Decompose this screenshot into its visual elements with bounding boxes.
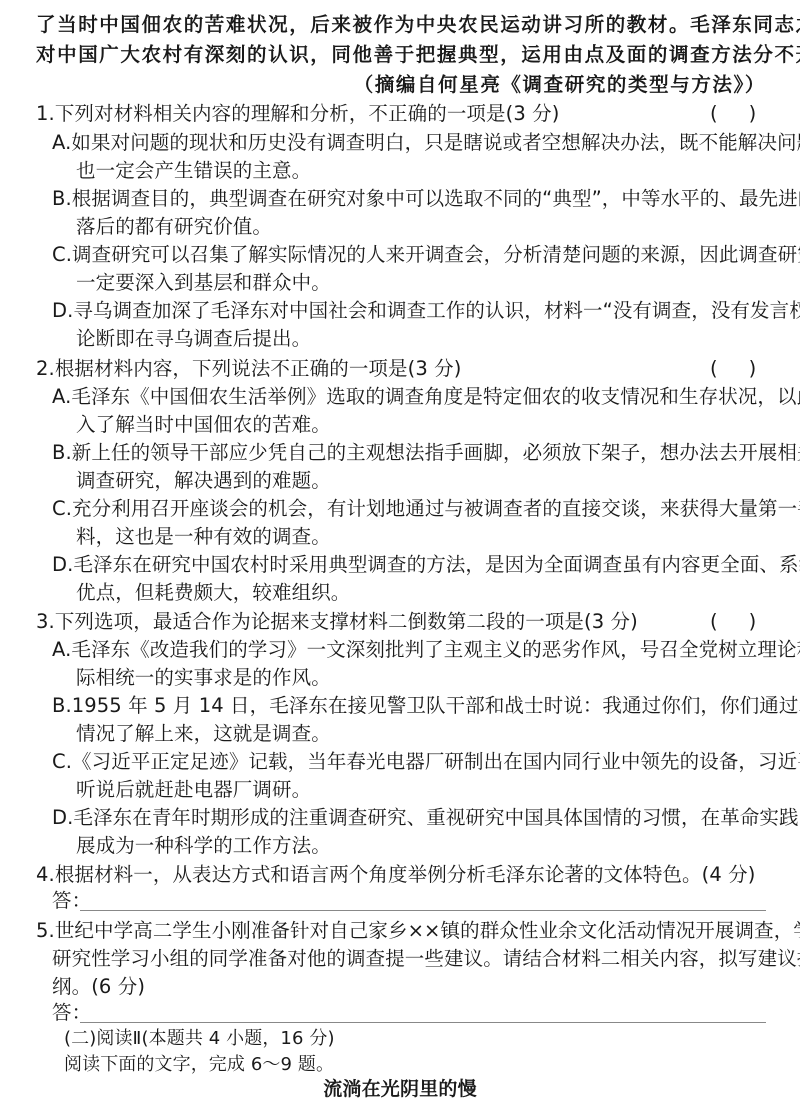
q2-option-a-line2: 入了解当时中国佃农的苦难。 (76, 412, 331, 438)
option-label: D. (52, 299, 73, 322)
option-label: C. (52, 497, 72, 520)
answer-bracket-q2[interactable]: ( ) (710, 356, 756, 382)
option-label: C. (52, 750, 72, 773)
option-label: A. (52, 638, 71, 661)
q4-answer-line[interactable] (80, 910, 766, 911)
question-number: 2. (36, 357, 55, 380)
q2-option-b-line2: 调查研究，解决遇到的难题。 (76, 468, 331, 494)
q1-option-d-line1: D.寻乌调查加深了毛泽东对中国社会和调查工作的认识，材料一“没有调查，没有发言权… (52, 298, 766, 324)
answer-bracket-q1[interactable]: ( ) (710, 101, 756, 127)
question-number: 1. (36, 102, 55, 125)
section-2-heading: (二)阅读Ⅱ(本题共 4 小题，16 分) (64, 1026, 335, 1052)
q3-option-d-line2: 展成为一种科学的工作方法。 (76, 833, 331, 859)
q1-option-c-line2: 一定要深入到基层和群众中。 (76, 270, 331, 296)
question-number: 5. (36, 919, 55, 942)
option-label: B. (52, 441, 72, 464)
q1-option-a-line1: A.如果对问题的现状和历史没有调查明白，只是瞎说或者空想解决办法，既不能解决问题… (52, 130, 766, 156)
question-number: 3. (36, 610, 55, 633)
q1-option-d-line2: 论断即在寻乌调查后提出。 (76, 326, 311, 352)
q1-option-b-line2: 落后的都有研究价值。 (76, 214, 272, 240)
passage-line-1: 了当时中国佃农的苦难状况，后来被作为中央农民运动讲习所的教材。毛泽东同志之所以能… (36, 12, 766, 38)
option-label: A. (52, 131, 71, 154)
q2-option-b-line1: B.新上任的领导干部应少凭自己的主观想法指手画脚，必须放下架子，想办法去开展相关… (52, 440, 766, 466)
question-stem-text: 根据材料内容，下列说法不正确的一项是(3 分) (55, 357, 462, 380)
question-number: 4. (36, 863, 55, 886)
q1-option-b-line1: B.根据调查目的，典型调查在研究对象中可以选取不同的“典型”，中等水平的、最先进… (52, 186, 766, 212)
question-3-stem: 3.下列选项，最适合作为论据来支撑材料二倒数第二段的一项是(3 分) (36, 609, 638, 635)
question-stem-text: 下列对材料相关内容的理解和分析，不正确的一项是(3 分) (55, 102, 560, 125)
q2-option-c-line1: C.充分利用召开座谈会的机会，有计划地通过与被调查者的直接交谈，来获得大量第一手… (52, 496, 766, 522)
option-label: B. (52, 694, 72, 717)
section-2-instruction: 阅读下面的文字，完成 6～9 题。 (64, 1052, 334, 1078)
q3-option-c-line1: C.《习近平正定足迹》记载，当年春光电器厂研制出在国内同行业中领先的设备，习近平… (52, 749, 766, 775)
answer-bracket-q3[interactable]: ( ) (710, 609, 756, 635)
q3-option-a-line1: A.毛泽东《改造我们的学习》一文深刻批判了主观主义的恶劣作风，号召全党树立理论和… (52, 637, 766, 663)
exam-page: 了当时中国佃农的苦难状况，后来被作为中央农民运动讲习所的教材。毛泽东同志之所以能… (0, 0, 800, 1106)
q3-option-d-line1: D.毛泽东在青年时期形成的注重调查研究、重视研究中国具体国情的习惯，在革命实践中… (52, 805, 766, 831)
option-label: D. (52, 806, 73, 829)
q2-option-a-line1: A.毛泽东《中国佃农生活举例》选取的调查角度是特定佃农的收支情况和生存状况，以此… (52, 384, 766, 410)
article-title: 流淌在光阴里的慢 (0, 1076, 800, 1102)
question-stem-text: 根据材料一，从表达方式和语言两个角度举例分析毛泽东论著的文体特色。(4 分) (55, 863, 756, 886)
question-2-stem: 2.根据材料内容，下列说法不正确的一项是(3 分) (36, 356, 461, 382)
question-5-stem-line1: 5.世纪中学高二学生小刚准备针对自己家乡××镇的群众性业余文化活动情况开展调查，… (36, 918, 766, 944)
question-5-stem-line3: 纲。(6 分) (52, 974, 145, 1000)
q2-option-d-line2: 优点，但耗费颇大，较难组织。 (76, 580, 350, 606)
q5-answer-line[interactable] (80, 1022, 766, 1023)
option-label: B. (52, 187, 72, 210)
q3-option-a-line2: 际相统一的实事求是的作风。 (76, 665, 331, 691)
passage-source: （摘编自何星亮《调查研究的类型与方法》） (354, 72, 766, 98)
passage-line-2: 对中国广大农村有深刻的认识，同他善于把握典型，运用由点及面的调查方法分不开。 (36, 42, 800, 68)
q3-option-c-line2: 听说后就赶赴电器厂调研。 (76, 777, 311, 803)
q3-option-b-line1: B.1955 年 5 月 14 日，毛泽东在接见警卫队干部和战士时说：我通过你们… (52, 693, 766, 719)
question-4-stem: 4.根据材料一，从表达方式和语言两个角度举例分析毛泽东论著的文体特色。(4 分) (36, 862, 755, 888)
option-label: A. (52, 385, 71, 408)
q2-option-d-line1: D.毛泽东在研究中国农村时采用典型调查的方法，是因为全面调查虽有内容更全面、系统… (52, 552, 766, 578)
question-1-stem: 1.下列对材料相关内容的理解和分析，不正确的一项是(3 分) (36, 101, 559, 127)
question-5-stem-line2: 研究性学习小组的同学准备对他的调查提一些建议。请结合材料二相关内容，拟写建议提 (52, 946, 766, 972)
q3-option-b-line2: 情况了解上来，这就是调查。 (76, 721, 331, 747)
option-label: C. (52, 243, 72, 266)
q2-option-c-line2: 料，这也是一种有效的调查。 (76, 524, 331, 550)
question-stem-text: 下列选项，最适合作为论据来支撑材料二倒数第二段的一项是(3 分) (55, 610, 638, 633)
q1-option-c-line1: C.调查研究可以召集了解实际情况的人来开调查会，分析清楚问题的来源，因此调查研究… (52, 242, 766, 268)
q1-option-a-line2: 也一定会产生错误的主意。 (76, 158, 311, 184)
option-label: D. (52, 553, 73, 576)
